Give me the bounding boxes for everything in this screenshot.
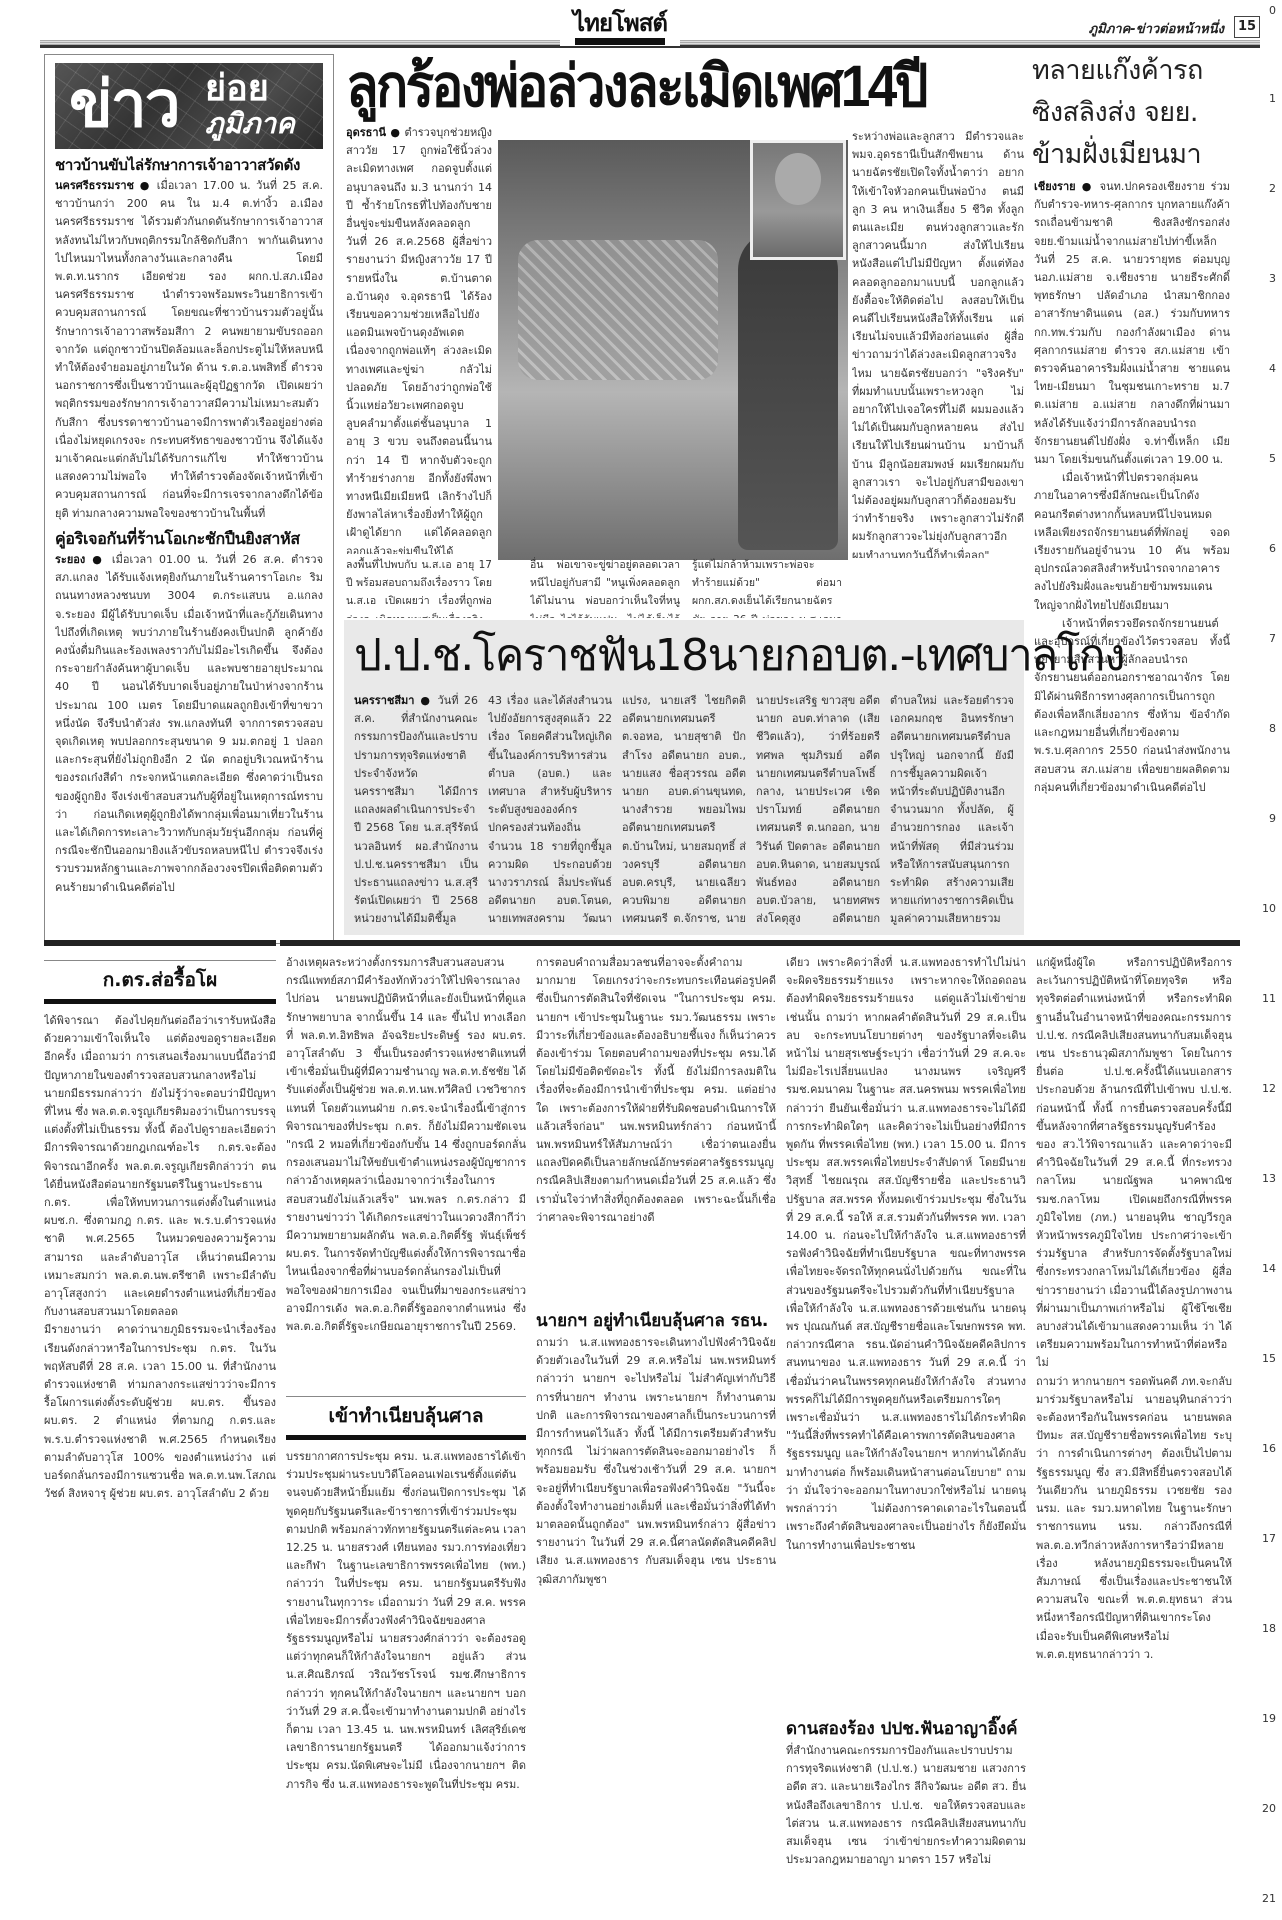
main-story-text: อื่น พ่อเขาจะขู่ฆ่าอยู่ตลอดเวลา หนีไปอยู…: [530, 559, 680, 618]
masthead: ไทยโพสต์ ภูมิภาค-ข่าวต่อหน้าหนึ่ง 15: [40, 10, 1260, 48]
ruler-mark: 19: [1262, 1712, 1276, 1725]
ppc-col-5: ตำบลใหม่ และร้อยตำรวจเอกคมกฤช อินทรรักษา…: [890, 692, 1014, 928]
lower-col-5: แก่ผู้หนึ่งผู้ใด หรือการปฏิบัติหรือการละ…: [1036, 954, 1232, 1914]
lower-text: บรรยากาศการประชุม ครม. น.ส.แพทองธารได้เข…: [286, 1450, 526, 1791]
page-number: 15: [1234, 16, 1260, 38]
brief-text: เมื่อเวลา 17.00 น. วันที่ 25 ส.ค. ชาวบ้า…: [55, 179, 323, 520]
ruler-mark: 20: [1262, 1802, 1276, 1815]
lower-text: ที่สำนักงานคณะกรรมการป้องกันและปราบปรามก…: [786, 1744, 1026, 1866]
ruler-mark: 13: [1262, 1172, 1276, 1185]
lower-text: อ้างเหตุผลระหว่างตั้งกรรมการสืบสวนสอบสวน…: [286, 956, 526, 1333]
lower-col-1-text: ได้พิจารณา ต้องไปคุยกันต่อถือว่าเรารับหน…: [44, 1012, 276, 1503]
brief-headline: ชาวบ้านขับไล่รักษาการเจ้าอาวาสวัดดัง: [55, 155, 323, 175]
ppc-col-4: นายประเสริฐ ขาวสุข อดีตนายก อบต.ท่าลาด (…: [756, 692, 880, 928]
main-story-col-5: ระหว่างพ่อและลูกสาว มีตำรวจและ พมจ.อุดรธ…: [852, 128, 1024, 558]
main-story-text: ลงพื้นที่ไปพบกับ น.ส.เอ อายุ 17 ปี พร้อม…: [346, 559, 492, 618]
logo-tagline-bar: [575, 38, 665, 45]
section-divider: [44, 940, 276, 946]
briefs-logo-small: ย่อย: [205, 69, 269, 109]
lower-col-3b-text: ถามว่า น.ส.แพทองธารจะเดินทางไปฟังคำวินิจ…: [536, 1334, 776, 1589]
side-story-body: เชียงราย ● จนท.ปกครองเชียงราย ร่วมกับตำร…: [1034, 178, 1230, 928]
brief-dateline: ระยอง ●: [55, 553, 105, 566]
brief-text: เมื่อเวลา 01.00 น. วันที่ 26 ส.ค. ตำรวจ …: [55, 553, 323, 894]
main-headline: ลูกร้องพ่อล่วงละเมิดเพศ14ปี: [346, 52, 972, 122]
side-headline-line: ทลายแก๊งค้ารถ: [1032, 50, 1232, 92]
paper-name: ไทยโพสต์: [560, 10, 680, 38]
ruler-mark: 15: [1262, 1352, 1276, 1365]
main-story-text: ระหว่างพ่อและลูกสาว มีตำรวจและ พมจ.อุดรธ…: [852, 130, 1024, 558]
side-headline-line: ซิงสลิงส่ง จยย.: [1032, 92, 1232, 134]
lower-col-4-text: เดียว เพราะคิดว่าสิ่งที่ น.ส.แพทองธารทำไ…: [786, 954, 1026, 1716]
main-story-text: วันที่ 26 ส.ค.2568 ผู้สื่อข่าวรายงานว่า …: [346, 233, 492, 554]
ppc-story-box: ป.ป.ช.โคราชฟัน18นายกอบต.-เทศบาลโกง นครรา…: [344, 620, 1024, 935]
ruler-mark: 1: [1269, 92, 1276, 105]
subhead-bar: [44, 999, 276, 1004]
ppc-text: แปรง, นายเสรี ไชยกิตติ อดีตนายกเทศมนตรี …: [622, 694, 746, 928]
lower-text: แก่ผู้หนึ่งผู้ใด หรือการปฏิบัติหรือการละ…: [1036, 956, 1232, 1369]
lower-text: ได้พิจารณา ต้องไปคุยกันต่อถือว่าเรารับหน…: [44, 1014, 276, 1318]
main-dateline: อุดรธานี ●: [346, 126, 400, 139]
side-dateline: เชียงราย ●: [1034, 180, 1094, 193]
lower-col-3: การตอบคำถามสื่อมวลชนที่อาจจะตั้งคำถามมาก…: [536, 954, 776, 1914]
ruler-mark: 16: [1262, 1442, 1276, 1455]
ruler-mark: 6: [1269, 542, 1276, 555]
main-story-text: ตำรวจบุกช่วยหญิงสาววัย 17 ถูกพ่อใช้นิ้วล…: [346, 126, 492, 230]
ppc-col-2: 43 เรื่อง และได้ส่งสำนวนไปยังอัยการสูงสุ…: [488, 692, 612, 928]
brief-body: นครศรีธรรมราช ● เมื่อเวลา 17.00 น. วันที…: [55, 177, 323, 527]
ruler-mark: 2: [1269, 182, 1276, 195]
ppc-col-1: นครราชสีมา ● วันที่ 26 ส.ค. ที่สำนักงานค…: [354, 692, 478, 928]
section-divider: [280, 940, 1240, 946]
inline-headline-ppc: ดานสองร้อง ปปช.ฟันอาญาอิ๊งค์: [786, 1718, 1026, 1740]
lower-text: การตอบคำถามสื่อมวลชนที่อาจจะตั้งคำถามมาก…: [536, 956, 776, 1224]
lower-text: ถามว่า น.ส.แพทองธารจะเดินทางไปฟังคำวินิจ…: [536, 1336, 776, 1586]
briefs-logo: ข่าว ย่อย ภูมิภาค: [55, 63, 323, 149]
lower-col-4b-text: ที่สำนักงานคณะกรรมการป้องกันและปราบปรามก…: [786, 1742, 1026, 1869]
ppc-text: 43 เรื่อง และได้ส่งสำนวนไปยังอัยการสูงสุ…: [488, 694, 612, 928]
lower-col-2-text: อ้างเหตุผลระหว่างตั้งกรรมการสืบสวนสอบสวน…: [286, 954, 526, 1390]
lower-text: เดียว เพราะคิดว่าสิ่งที่ น.ส.แพทองธารทำไ…: [786, 956, 1026, 1552]
lower-col-2b-text: บรรยากาศการประชุม ครม. น.ส.แพทองธารได้เข…: [286, 1448, 526, 1794]
ppc-dateline: นครราชสีมา ●: [354, 694, 432, 707]
lower-col-4: เดียว เพราะคิดว่าสิ่งที่ น.ส.แพทองธารทำไ…: [786, 954, 1026, 1914]
briefs-logo-region: ภูมิภาค: [205, 107, 295, 141]
subhead-government-house: เข้าทำเนียบลุ้นศาล: [286, 1396, 526, 1431]
ruler-mark: 14: [1262, 1262, 1276, 1275]
ppc-text: วันที่ 26 ส.ค. ที่สำนักงานคณะกรรมการป้อง…: [354, 694, 478, 928]
side-story-text: วันที่ 25 ส.ค. นายวรายุทธ ต่อมบุญ นอภ.แม…: [1034, 251, 1230, 469]
subhead-bar: [286, 1435, 526, 1440]
ruler-mark: 18: [1262, 1622, 1276, 1635]
lower-col-5-text: แก่ผู้หนึ่งผู้ใด หรือการปฏิบัติหรือการละ…: [1036, 954, 1232, 1664]
ruler-mark: 9: [1269, 812, 1276, 825]
main-story-col-4: รู้แต่ไม่กล้าห้ามเพราะพ่อจะทำร้ายแม่ด้วย…: [692, 556, 842, 618]
lower-col-2: อ้างเหตุผลระหว่างตั้งกรรมการสืบสวนสอบสวน…: [286, 954, 526, 1914]
ruler-mark: 10: [1262, 902, 1276, 915]
main-story-text: รู้แต่ไม่กล้าห้ามเพราะพ่อจะทำร้ายแม่ด้วย…: [692, 559, 842, 618]
side-headline-line: ข้ามฝั่งเมียนมา: [1032, 134, 1232, 176]
brief-headline: คู่อริเจอกันที่ร้านโอเกะชักปืนยิงสาหัส: [55, 529, 323, 549]
ruler-mark: 12: [1262, 1082, 1276, 1095]
main-story-col-2: ลงพื้นที่ไปพบกับ น.ส.เอ อายุ 17 ปี พร้อม…: [346, 556, 492, 618]
ruler-mark: 17: [1262, 1532, 1276, 1545]
ppc-headline: ป.ป.ช.โคราชฟัน18นายกอบต.-เทศบาลโกง: [354, 626, 1014, 686]
story-photo-father: [750, 140, 846, 260]
paper-logo: ไทยโพสต์: [560, 10, 680, 46]
page-ruler: 0 1 2 3 4 5 6 7 8 9 10 11 12 13 14 15 16…: [1256, 0, 1276, 1920]
lower-text: ถามว่า หากนายกฯ รอดพ้นคดี ภท.จะกลับมาร่ว…: [1036, 1373, 1232, 1664]
ppc-text: ตำบลใหม่ และร้อยตำรวจเอกคมกฤช อินทรรักษา…: [890, 694, 1014, 928]
ruler-mark: 7: [1269, 632, 1276, 645]
ruler-mark: 11: [1262, 992, 1276, 1005]
main-story-col-3: อื่น พ่อเขาจะขู่ฆ่าอยู่ตลอดเวลา หนีไปอยู…: [530, 556, 680, 618]
newspaper-page: ไทยโพสต์ ภูมิภาค-ข่าวต่อหน้าหนึ่ง 15 0 1…: [0, 0, 1282, 1920]
ruler-mark: 5: [1269, 452, 1276, 465]
ruler-mark: 0: [1269, 4, 1276, 17]
ruler-mark: 4: [1269, 362, 1276, 375]
ppc-col-3: แปรง, นายเสรี ไชยกิตติ อดีตนายกเทศมนตรี …: [622, 692, 746, 928]
subhead-police-reshuffle: ก.ตร.ส่อรื้อโผ: [44, 960, 276, 995]
ruler-mark: 8: [1269, 722, 1276, 735]
regional-briefs-box: ข่าว ย่อย ภูมิภาค ชาวบ้านขับไล่รักษาการเ…: [44, 54, 334, 944]
lower-col-1: ก.ตร.ส่อรื้อโผ ได้พิจารณา ต้องไปคุยกันต่…: [44, 954, 276, 1914]
brief-body: ระยอง ● เมื่อเวลา 01.00 น. วันที่ 26 ส.ค…: [55, 551, 323, 921]
brief-dateline: นครศรีธรรมราช ●: [55, 179, 151, 192]
side-story-headline: ทลายแก๊งค้ารถ ซิงสลิงส่ง จยย. ข้ามฝั่งเม…: [1032, 50, 1232, 176]
ppc-text: นายประเสริฐ ขาวสุข อดีตนายก อบต.ท่าลาด (…: [756, 694, 880, 928]
inline-headline-pm: นายกฯ อยู่ทำเนียบลุ้นศาล รธน.: [536, 1310, 776, 1332]
ruler-mark: 21: [1262, 1892, 1276, 1905]
ruler-mark: 3: [1269, 272, 1276, 285]
lower-text: มีรายงานว่า คาดว่านายภูมิธรรมจะนำเรื่องร…: [44, 1321, 276, 1503]
section-label: ภูมิภาค-ข่าวต่อหน้าหนึ่ง: [1083, 18, 1224, 39]
side-story-text: เมื่อเจ้าหน้าที่ไปตรวจกลุ่มคนภายในอาคารซ…: [1034, 469, 1230, 615]
briefs-logo-big: ข่าว: [69, 65, 179, 145]
lower-col-3-text: การตอบคำถามสื่อมวลชนที่อาจจะตั้งคำถามมาก…: [536, 954, 776, 1308]
main-story-col-1: อุดรธานี ● ตำรวจบุกช่วยหญิงสาววัย 17 ถูก…: [346, 124, 492, 554]
